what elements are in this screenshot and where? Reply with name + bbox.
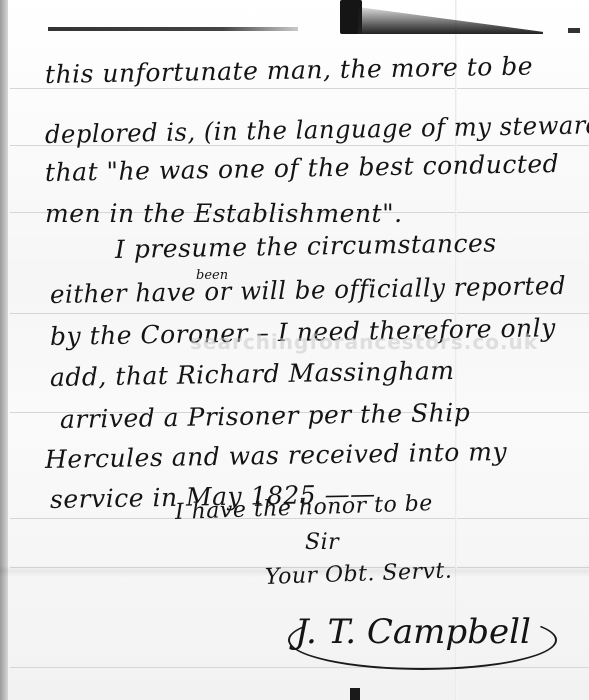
- letter-line-1: this unfortunate man, the more to be: [45, 51, 534, 89]
- letter-line-8: add, that Richard Massingham: [50, 356, 455, 392]
- closing-line-3: Your Obt. Servt.: [265, 558, 453, 590]
- ruled-line: [10, 667, 589, 668]
- letter-line-5: I presume the circumstances: [115, 228, 497, 264]
- top-ink-smudge: [48, 25, 548, 34]
- signature: J. T. Campbell: [295, 612, 531, 652]
- letter-line-3: that "he was one of the best conducted: [45, 149, 560, 187]
- letter-line-9: arrived a Prisoner per the Ship: [60, 398, 471, 434]
- letter-line-2: deplored is, (in the language of my stew…: [45, 110, 589, 149]
- bottom-ink-mark: [350, 688, 360, 700]
- corner-mark: [568, 28, 580, 33]
- letter-line-10: Hercules and was received into my: [45, 437, 508, 474]
- watermark: searchingforancestors.co.uk: [190, 330, 538, 354]
- letter-page: this unfortunate man, the more to be dep…: [0, 0, 589, 700]
- scan-edge: [0, 0, 8, 700]
- letter-line-4: men in the Establishment".: [45, 199, 403, 228]
- letter-line-6: either have or will be officially report…: [50, 271, 567, 309]
- ruled-line: [10, 88, 589, 89]
- closing-line-2: Sir: [305, 530, 339, 555]
